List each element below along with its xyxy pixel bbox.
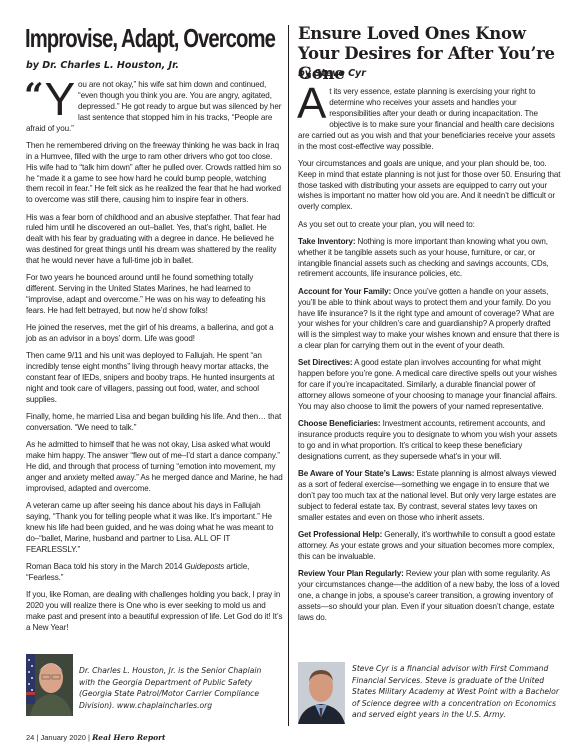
- guideposts-publication: Guideposts: [184, 562, 224, 571]
- checklist-item-review-plan: Review Your Plan Regularly: Review your …: [298, 569, 562, 624]
- right-paragraph-3: As you set out to create your plan, you …: [298, 220, 562, 231]
- checklist-item-state-laws: Be Aware of Your State’s Laws: Estate pl…: [298, 469, 562, 524]
- footer-separator: |: [88, 733, 90, 742]
- portrait-houston-icon: [26, 654, 73, 716]
- left-paragraph-9: A veteran came up after seeing his dance…: [26, 501, 284, 556]
- magazine-name: Real Hero Report: [92, 733, 165, 742]
- dropcap-quote-mark: “: [24, 82, 43, 110]
- right-article-body: At its very essence, estate planning is …: [298, 87, 562, 630]
- checklist-item-professional-help: Get Professional Help: Generally, it’s w…: [298, 530, 562, 563]
- left-paragraph-4: For two years he bounced around until he…: [26, 273, 284, 317]
- page-number: 24: [26, 733, 34, 742]
- right-article-byline: by Steve Cyr: [298, 68, 366, 79]
- left-paragraph-5: He joined the reserves, met the girl of …: [26, 323, 284, 345]
- author-photo-houston: [26, 654, 73, 716]
- checklist-item-beneficiaries: Choose Beneficiaries: Investment account…: [298, 419, 562, 463]
- left-paragraph-7: Finally, home, he married Lisa and began…: [26, 412, 284, 434]
- right-author-bio: Steve Cyr is a financial advisor with Fi…: [352, 663, 567, 721]
- left-article-body: “You are not okay,” his wife sat him dow…: [26, 80, 284, 640]
- portrait-cyr-icon: [298, 662, 345, 724]
- dropcap-letter: Y: [44, 81, 75, 117]
- right-paragraph-intro: At its very essence, estate planning is …: [298, 87, 562, 152]
- left-author-bio: Dr. Charles L. Houston, Jr. is the Senio…: [79, 665, 279, 711]
- column-divider: [288, 25, 289, 726]
- right-paragraph-2: Your circumstances and goals are unique,…: [298, 159, 562, 214]
- left-article-byline: by Dr. Charles L. Houston, Jr.: [26, 60, 179, 71]
- left-paragraph-guideposts: Roman Baca told his story in the March 2…: [26, 562, 284, 584]
- left-paragraph-3: His was a fear born of childhood and an …: [26, 213, 284, 268]
- left-article-title: Improvise, Adapt, Overcome: [25, 23, 225, 53]
- left-paragraph-2: Then he remembered driving on the freewa…: [26, 141, 284, 206]
- checklist-item-inventory: Take Inventory: Nothing is more importan…: [298, 237, 562, 281]
- page-footer: 24 | January 2020 | Real Hero Report: [26, 733, 166, 742]
- author-photo-cyr: [298, 662, 345, 724]
- dropcap-letter: A: [297, 87, 326, 121]
- left-paragraph-closing: If you, like Roman, are dealing with cha…: [26, 590, 284, 634]
- footer-separator: |: [36, 733, 38, 742]
- checklist-item-directives: Set Directives: A good estate plan invol…: [298, 358, 562, 413]
- left-paragraph-1: “You are not okay,” his wife sat him dow…: [26, 80, 284, 135]
- checklist-item-family: Account for Your Family: Once you’ve got…: [298, 287, 562, 352]
- left-paragraph-6: Then came 9/11 and his unit was deployed…: [26, 351, 284, 406]
- issue-date: January 2020: [40, 733, 85, 742]
- left-paragraph-8: As he admitted to himself that he was no…: [26, 440, 284, 495]
